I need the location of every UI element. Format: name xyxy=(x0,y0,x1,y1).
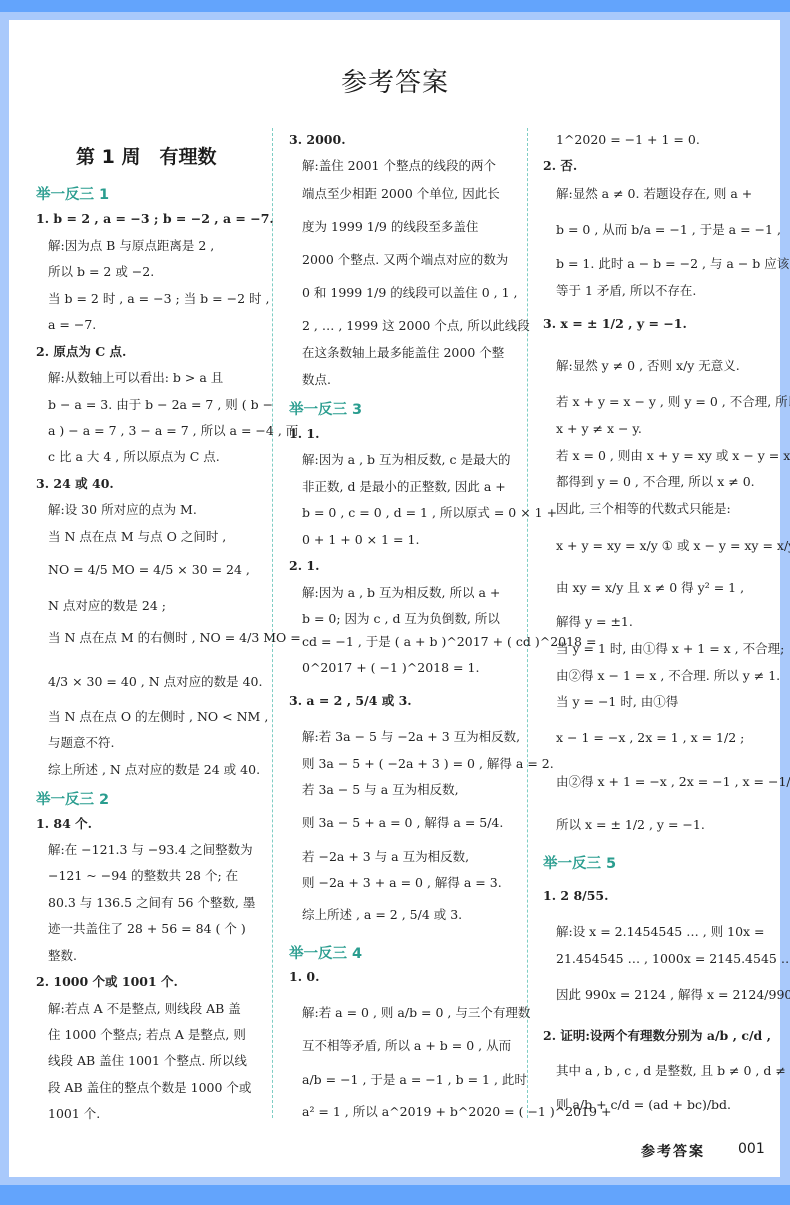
answer-line: 解:盖住 2001 个整点的线段的两个 xyxy=(302,158,496,174)
answer-line: 由②得 x − 1 = x , 不合理. 所以 y ≠ 1. xyxy=(556,668,780,684)
answer-line: 当 b = 2 时 , a = −3 ; 当 b = −2 时 , xyxy=(48,291,269,307)
answer-line: 与题意不符. xyxy=(48,735,114,751)
answer-line: a ) − a = 7 , 3 − a = 7 , 所以 a = −4 , 而 xyxy=(48,423,298,439)
answer-line: 度为 1999 1/9 的线段至多盖住 xyxy=(302,219,478,235)
answer-line: a = −7. xyxy=(48,317,96,333)
section-heading: 举一反三 2 xyxy=(36,788,109,809)
answer-line: 2. 原点为 C 点. xyxy=(36,344,126,360)
answer-line: 则 3a − 5 + a = 0 , 解得 a = 5/4. xyxy=(302,815,503,831)
answer-line: 当 y = 1 时, 由①得 x + 1 = x , 不合理; xyxy=(556,641,784,657)
answer-line: 3. a = 2 , 5/4 或 3. xyxy=(289,693,412,709)
answer-line: a/b = −1 , 于是 a = −1 , b = 1 , 此时 xyxy=(302,1072,527,1088)
answer-line: 在这条数轴上最多能盖住 2000 个整 xyxy=(302,345,504,361)
column-divider xyxy=(527,128,528,1118)
answer-line: 则 a/b + c/d = (ad + bc)/bd. xyxy=(556,1097,731,1113)
answer-line: 1. 2 8/55. xyxy=(543,888,608,904)
answer-line: 4/3 × 30 = 40 , N 点对应的数是 40. xyxy=(48,674,262,690)
answer-line: 当 N 点在点 M 与点 O 之间时 , xyxy=(48,529,226,545)
answer-line: 若 x = 0 , 则由 x + y = xy 或 x − y = xy xyxy=(556,448,790,464)
answer-line: 解:因为 a , b 互为相反数, c 是最大的 xyxy=(302,452,510,468)
answer-line: cd = −1 , 于是 ( a + b )^2017 + ( cd )^201… xyxy=(302,634,596,650)
answer-line: 当 N 点在点 M 的右侧时 , NO = 4/3 MO = xyxy=(48,630,301,646)
top-band xyxy=(0,0,790,12)
answer-line: 当 N 点在点 O 的左侧时 , NO < NM , xyxy=(48,709,268,725)
answer-line: 解:若 a = 0 , 则 a/b = 0 , 与三个有理数 xyxy=(302,1005,530,1021)
answer-line: b = 0 , 从而 b/a = −1 , 于是 a = −1 , xyxy=(556,222,781,238)
answer-line: 解:设 x = 2.1454545 … , 则 10x = xyxy=(556,924,765,940)
answer-line: 21.454545 … , 1000x = 2145.4545 … , xyxy=(556,951,790,967)
answer-line: 解:从数轴上可以看出: b > a 且 xyxy=(48,370,223,386)
answer-line: 2. 1000 个或 1001 个. xyxy=(36,974,178,990)
answer-line: 解:显然 a ≠ 0. 若题设存在, 则 a + xyxy=(556,186,752,202)
answer-line: 迹一共盖住了 28 + 56 = 84 ( 个 ) xyxy=(48,921,246,937)
footer-label: 参考答案 xyxy=(641,1141,705,1161)
answer-line: b = 0 , c = 0 , d = 1 , 所以原式 = 0 × 1 + xyxy=(302,505,557,521)
answer-line: 互不相等矛盾, 所以 a + b = 0 , 从而 xyxy=(302,1038,511,1054)
answer-line: 解:因为 a , b 互为相反数, 所以 a + xyxy=(302,585,500,601)
answer-line: 综上所述 , N 点对应的数是 24 或 40. xyxy=(48,762,260,778)
section-heading: 举一反三 3 xyxy=(289,398,362,419)
answer-line: x − 1 = −x , 2x = 1 , x = 1/2 ; xyxy=(556,730,744,746)
answer-line: 解:若 3a − 5 与 −2a + 3 互为相反数, xyxy=(302,729,520,745)
answer-line: 由 xy = x/y 且 x ≠ 0 得 y² = 1 , xyxy=(556,580,744,596)
answer-line: 当 y = −1 时, 由①得 xyxy=(556,694,678,710)
answer-line: 解:设 30 所对应的点为 M. xyxy=(48,502,197,518)
section-heading: 举一反三 5 xyxy=(543,852,616,873)
answer-line: 0 + 1 + 0 × 1 = 1. xyxy=(302,532,419,548)
answer-line: x + y ≠ x − y. xyxy=(556,421,642,437)
answer-line: 解:因为点 B 与原点距离是 2 , xyxy=(48,238,214,254)
answer-line: 80.3 与 136.5 之间有 56 个整数, 墨 xyxy=(48,895,255,911)
answer-line: 则 −2a + 3 + a = 0 , 解得 a = 3. xyxy=(302,875,502,891)
answer-line: 整数. xyxy=(48,948,77,964)
answer-line: 2 , … , 1999 这 2000 个点, 所以此线段 xyxy=(302,318,530,334)
answer-line: 解得 y = ±1. xyxy=(556,614,633,630)
answer-line: 端点至少相距 2000 个单位, 因此长 xyxy=(302,186,500,202)
answer-line: 1^2020 = −1 + 1 = 0. xyxy=(556,132,700,148)
answer-line: 综上所述 , a = 2 , 5/4 或 3. xyxy=(302,907,462,923)
answer-line: 线段 AB 盖住 1001 个整点. 所以线 xyxy=(48,1053,247,1069)
answer-line: 非正数, d 是最小的正整数, 因此 a + xyxy=(302,479,506,495)
answer-line: 3. 24 或 40. xyxy=(36,476,114,492)
answer-line: 其中 a , b , c , d 是整数, 且 b ≠ 0 , d ≠ 0. xyxy=(556,1063,790,1079)
answer-line: 解:在 −121.3 与 −93.4 之间整数为 xyxy=(48,842,253,858)
answer-line: b = 1. 此时 a − b = −2 , 与 a − b 应该 xyxy=(556,256,789,272)
answer-line: 因此 990x = 2124 , 解得 x = 2124/990 = 2 8/5… xyxy=(556,987,790,1003)
page-number: 001 xyxy=(738,1141,765,1157)
answer-line: 都得到 y = 0 , 不合理, 所以 x ≠ 0. xyxy=(556,474,755,490)
answer-line: 解:显然 y ≠ 0 , 否则 x/y 无意义. xyxy=(556,358,740,374)
answer-line: b = 0; 因为 c , d 互为负倒数, 所以 xyxy=(302,611,500,627)
page-title: 参考答案 xyxy=(0,62,790,99)
answer-line: 0^2017 + ( −1 )^2018 = 1. xyxy=(302,660,479,676)
bottom-band xyxy=(0,1185,790,1205)
answer-line: 解:若点 A 不是整点, 则线段 AB 盖 xyxy=(48,1001,241,1017)
answer-line: 1001 个. xyxy=(48,1106,100,1122)
answer-line: x + y = xy = x/y ① 或 x − y = xy = x/y ②. xyxy=(556,538,790,554)
answer-line: 因此, 三个相等的代数式只能是: xyxy=(556,501,731,517)
answer-line: 1. 84 个. xyxy=(36,816,92,832)
answer-line: 由②得 x + 1 = −x , 2x = −1 , x = −1/2. xyxy=(556,774,790,790)
answer-line: c 比 a 大 4 , 所以原点为 C 点. xyxy=(48,449,220,465)
answer-line: 所以 b = 2 或 −2. xyxy=(48,264,154,280)
section-heading: 举一反三 4 xyxy=(289,942,362,963)
answer-line: N 点对应的数是 24 ; xyxy=(48,598,166,614)
answer-line: 住 1000 个整点; 若点 A 是整点, 则 xyxy=(48,1027,246,1043)
answer-line: 数点. xyxy=(302,372,331,388)
answer-line: 则 3a − 5 + ( −2a + 3 ) = 0 , 解得 a = 2. xyxy=(302,756,554,772)
answer-line: 所以 x = ± 1/2 , y = −1. xyxy=(556,817,705,833)
section-heading: 举一反三 1 xyxy=(36,183,109,204)
answer-line: 2. 否. xyxy=(543,158,577,174)
answer-line: 2000 个整点. 又两个端点对应的数为 xyxy=(302,252,508,268)
answer-line: 若 x + y = x − y , 则 y = 0 , 不合理, 所以 xyxy=(556,394,790,410)
answer-line: NO = 4/5 MO = 4/5 × 30 = 24 , xyxy=(48,562,250,578)
answer-line: −121 ~ −94 的整数共 28 个; 在 xyxy=(48,868,238,884)
answer-line: 段 AB 盖住的整点个数是 1000 个或 xyxy=(48,1080,251,1096)
column-divider xyxy=(272,128,273,1118)
answer-line: b − a = 3. 由于 b − 2a = 7 , 则 ( b − xyxy=(48,397,273,413)
answer-line: 若 3a − 5 与 a 互为相反数, xyxy=(302,782,459,798)
answer-line: 等于 1 矛盾, 所以不存在. xyxy=(556,283,696,299)
answer-line: 3. x = ± 1/2 , y = −1. xyxy=(543,316,687,332)
week-title: 第 1 周 有理数 xyxy=(76,142,216,169)
answer-line: 1. b = 2 , a = −3 ; b = −2 , a = −7. xyxy=(36,211,274,227)
answer-line: 1. 0. xyxy=(289,969,319,985)
answer-line: 1. 1. xyxy=(289,426,319,442)
answer-line: 2. 证明:设两个有理数分别为 a/b , c/d , xyxy=(543,1028,771,1044)
answer-line: 2. 1. xyxy=(289,558,319,574)
answer-line: 若 −2a + 3 与 a 互为相反数, xyxy=(302,849,469,865)
answer-line: 3. 2000. xyxy=(289,132,346,148)
answer-line: 0 和 1999 1/9 的线段可以盖住 0 , 1 , xyxy=(302,285,518,301)
